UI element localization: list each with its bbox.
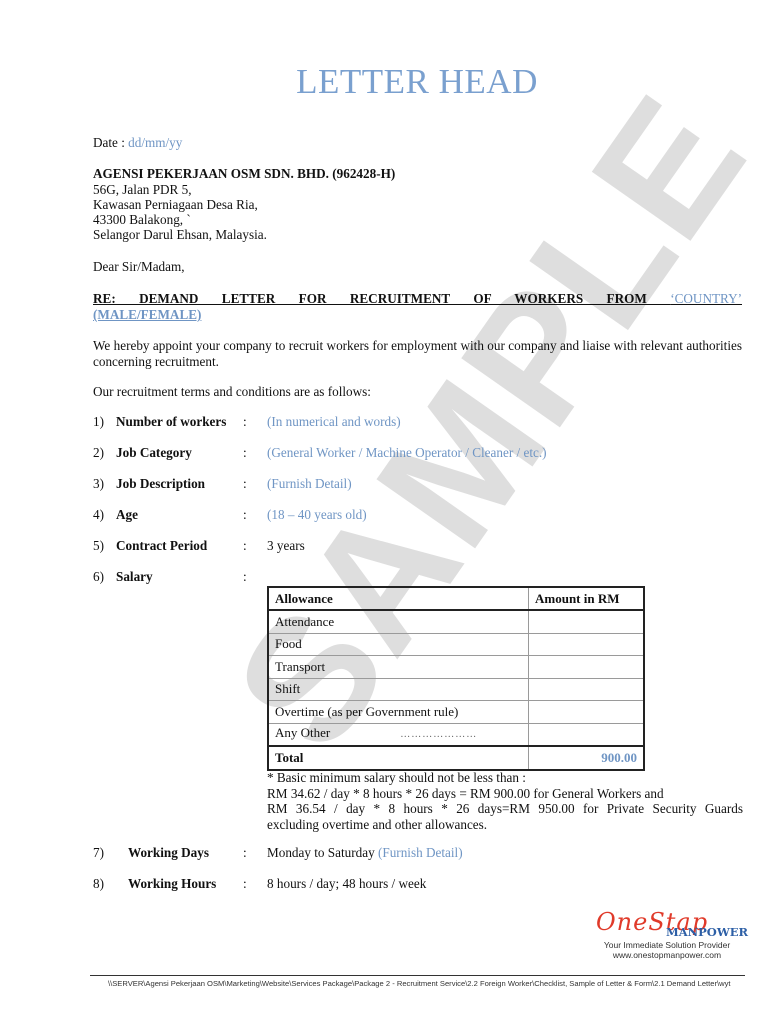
date-value: dd/mm/yy	[128, 135, 182, 150]
term-value: (Furnish Detail)	[267, 476, 352, 492]
working-days-value: Monday to Saturday	[267, 845, 378, 860]
subject-line: RE: DEMAND LETTER FOR RECRUITMENT OF WOR…	[93, 290, 742, 307]
subject-gender: (MALE/FEMALE)	[93, 306, 201, 323]
term-value: Monday to Saturday (Furnish Detail)	[267, 845, 463, 861]
recipient-company: AGENSI PEKERJAAN OSM SDN. BHD. (962428-H…	[93, 166, 395, 182]
term-label: Age	[116, 507, 138, 523]
term-value: 8 hours / day; 48 hours / week	[267, 876, 426, 892]
term-value: (In numerical and words)	[267, 414, 401, 430]
total-label: Total	[268, 746, 529, 770]
working-days-placeholder: (Furnish Detail)	[378, 845, 463, 860]
fill-in-dots: …………………	[400, 729, 477, 740]
note-line: RM 36.54 / day * 8 hours * 26 days=RM 95…	[267, 801, 743, 817]
table-row: Shift	[268, 678, 644, 701]
term-label: Job Description	[116, 476, 205, 492]
term-num: 7)	[93, 845, 104, 861]
term-colon: :	[243, 876, 247, 892]
table-header-row: Allowance Amount in RM	[268, 587, 644, 610]
allowance-cell: Overtime (as per Government rule)	[268, 701, 529, 724]
address-line-4: Selangor Darul Ehsan, Malaysia.	[93, 227, 267, 243]
total-value: 900.00	[529, 746, 645, 770]
subject-prefix: RE: DEMAND LETTER FOR RECRUITMENT OF WOR…	[93, 291, 670, 306]
amount-cell	[529, 678, 645, 701]
salutation: Dear Sir/Madam,	[93, 259, 185, 275]
header-amount: Amount in RM	[529, 587, 645, 610]
term-num: 8)	[93, 876, 104, 892]
allowance-cell: Shift	[268, 678, 529, 701]
table-row: Overtime (as per Government rule)	[268, 701, 644, 724]
onestop-logo: OneStap MANPOWER Your Immediate Solution…	[590, 912, 768, 960]
intro-paragraph: We hereby appoint your company to recrui…	[93, 338, 742, 370]
allowance-cell: Attendance	[268, 610, 529, 633]
letter-head-title: LETTER HEAD	[0, 62, 768, 102]
term-num: 4)	[93, 507, 104, 523]
table-row: Transport	[268, 656, 644, 679]
term-label: Number of workers	[116, 414, 226, 430]
term-value: (18 – 40 years old)	[267, 507, 367, 523]
term-label: Working Days	[128, 845, 209, 861]
footer-file-path: \\SERVER\Agensi Pekerjaan OSM\Marketing\…	[108, 979, 731, 988]
term-colon: :	[243, 569, 247, 585]
allowance-cell: Any Other…………………	[268, 723, 529, 746]
document-page: SAMPLE LETTER HEAD Date : dd/mm/yy AGENS…	[0, 0, 768, 1024]
table-row: Food	[268, 633, 644, 656]
term-colon: :	[243, 414, 247, 430]
address-line-2: Kawasan Perniagaan Desa Ria,	[93, 197, 258, 213]
term-label: Salary	[116, 569, 153, 585]
date-line: Date : dd/mm/yy	[93, 135, 182, 151]
salary-note: * Basic minimum salary should not be les…	[267, 770, 743, 832]
term-colon: :	[243, 507, 247, 523]
term-label: Working Hours	[128, 876, 216, 892]
term-colon: :	[243, 845, 247, 861]
logo-tagline: Your Immediate Solution Provider	[602, 940, 732, 950]
terms-intro: Our recruitment terms and conditions are…	[93, 384, 742, 400]
note-line: excluding overtime and other allowances.	[267, 817, 743, 833]
table-row: Attendance	[268, 610, 644, 633]
term-value: (General Worker / Machine Operator / Cle…	[267, 445, 547, 461]
allowance-cell: Transport	[268, 656, 529, 679]
term-num: 3)	[93, 476, 104, 492]
amount-cell	[529, 633, 645, 656]
term-label: Contract Period	[116, 538, 207, 554]
term-label: Job Category	[116, 445, 192, 461]
amount-cell	[529, 723, 645, 746]
amount-cell	[529, 610, 645, 633]
address-line-1: 56G, Jalan PDR 5,	[93, 182, 192, 198]
note-line: RM 34.62 / day * 8 hours * 26 days = RM …	[267, 786, 743, 802]
term-num: 1)	[93, 414, 104, 430]
header-allowance: Allowance	[268, 587, 529, 610]
any-other-label: Any Other	[275, 725, 330, 740]
term-colon: :	[243, 538, 247, 554]
table-row: Any Other…………………	[268, 723, 644, 746]
note-line: * Basic minimum salary should not be les…	[267, 770, 743, 786]
logo-sub: MANPOWER	[666, 925, 748, 939]
salary-table: Allowance Amount in RM Attendance Food T…	[267, 586, 645, 771]
subject-country: ‘COUNTRY’	[670, 291, 742, 306]
amount-cell	[529, 656, 645, 679]
term-num: 6)	[93, 569, 104, 585]
term-value: 3 years	[267, 538, 305, 554]
date-label: Date :	[93, 135, 128, 150]
footer-divider	[90, 975, 745, 976]
logo-website: www.onestopmanpower.com	[602, 950, 732, 960]
term-num: 2)	[93, 445, 104, 461]
address-line-3: 43300 Balakong, `	[93, 212, 191, 228]
allowance-cell: Food	[268, 633, 529, 656]
amount-cell	[529, 701, 645, 724]
table-total-row: Total 900.00	[268, 746, 644, 770]
term-num: 5)	[93, 538, 104, 554]
term-colon: :	[243, 476, 247, 492]
term-colon: :	[243, 445, 247, 461]
